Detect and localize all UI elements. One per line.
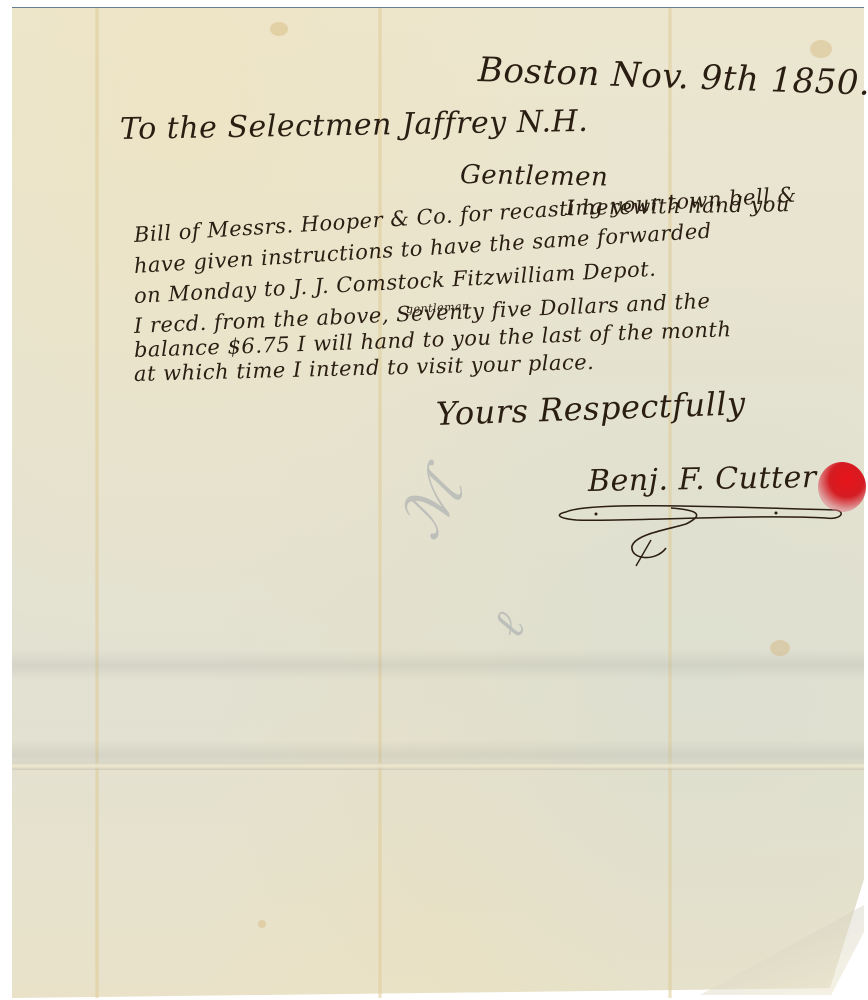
stain	[258, 920, 266, 928]
stain	[270, 22, 288, 36]
crease-shadow-lower	[12, 740, 864, 770]
stain	[810, 40, 832, 58]
vertical-fold-center	[378, 8, 382, 998]
crease-shadow	[12, 650, 864, 680]
wax-seal	[818, 462, 866, 512]
signature-flourish	[556, 500, 846, 570]
salutation: Gentlemen	[460, 160, 609, 193]
signature: Benj. F. Cutter	[588, 460, 817, 499]
vertical-fold-left	[95, 8, 99, 998]
stain	[770, 640, 790, 656]
